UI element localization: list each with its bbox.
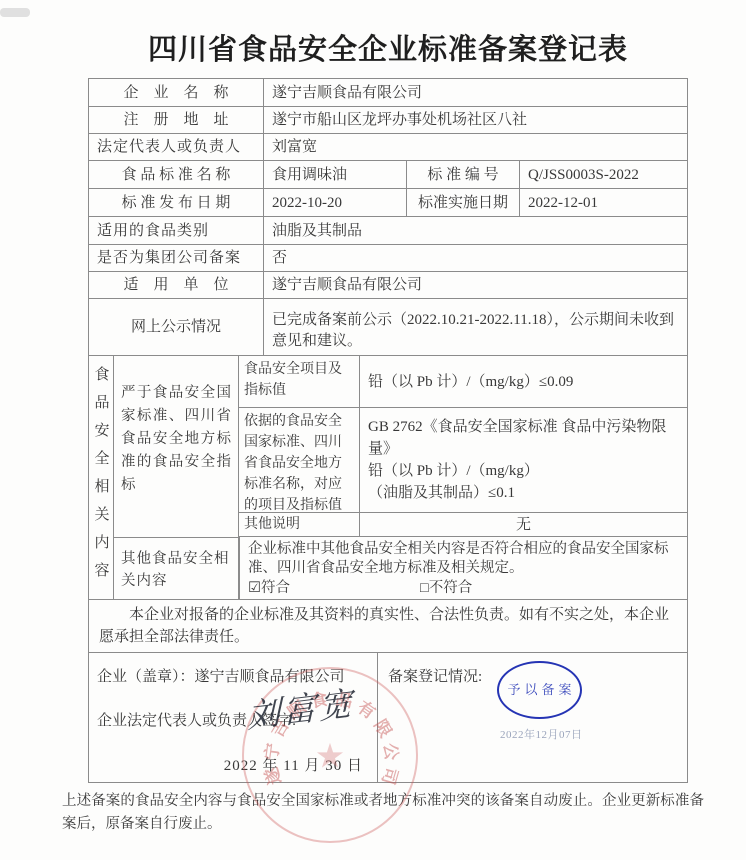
approval-stamp: 予以备案 [497, 661, 582, 719]
basis-value-line3: （油脂及其制品）≤0.1 [368, 482, 679, 504]
basis-standard-label: 依据的食品安全国家标准、四川省食品安全地方标准名称，对应的项目及指标值 [239, 408, 359, 512]
registration-status-cell: 备案登记情况: 予以备案 2022年12月07日 [377, 653, 687, 782]
checkbox-checked-conform: ☑符合 [248, 579, 290, 598]
footer-note: 上述备案的食品安全内容与食品安全国家标准或者地方标准冲突的该备案自动废止。企业更… [62, 790, 704, 836]
table-row-applicable-unit: 适 用 单 位 遂宁吉顺食品有限公司 [89, 271, 687, 298]
legal-representative-value: 刘富宽 [263, 134, 687, 160]
food-safety-section: 食品安全相关内容 严于食品安全国家标准、四川省食品安全地方标准的食品安全指标 其… [89, 355, 687, 599]
standard-name-value: 食用调味油 [263, 161, 406, 188]
basis-standard-value: GB 2762《食品安全国家标准 食品中污染物限量》 铅（以 Pb 计）/（mg… [359, 408, 687, 512]
declaration-row: 本企业对报备的企业标准及其资料的真实性、合法性负责。如有不实之处，本企业愿承担全… [89, 599, 687, 652]
table-row-group-filing: 是否为集团公司备案 否 [89, 244, 687, 271]
legal-representative-label: 法定代表人或负责人 [89, 134, 263, 160]
table-row-public-notice: 网上公示情况 已完成备案前公示（2022.10.21-2022.11.18），公… [89, 298, 687, 355]
standard-name-label: 食 品 标 准 名 称 [89, 161, 263, 188]
standard-number-label: 标 准 编 号 [406, 161, 519, 188]
public-notice-value: 已完成备案前公示（2022.10.21-2022.11.18），公示期间未收到意… [263, 299, 687, 355]
checkbox-unchecked-nonconform: □不符合 [420, 579, 472, 598]
table-row-company-name: 企 业 名 称 遂宁吉顺食品有限公司 [89, 79, 687, 106]
basis-standard-row: 依据的食品安全国家标准、四川省食品安全地方标准名称，对应的项目及指标值 GB 2… [239, 407, 687, 512]
table-row-dates: 标 准 发 布 日 期 2022-10-20 标准实施日期 2022-12-01 [89, 188, 687, 216]
food-category-value: 油脂及其制品 [263, 217, 687, 244]
publish-date-value: 2022-10-20 [263, 189, 406, 216]
item-indicator-value: 铅（以 Pb 计）/（mg/kg）≤0.09 [359, 356, 687, 407]
other-content-text: 企业标准中其他食品安全相关内容是否符合相应的食品安全国家标准、四川省食品安全地方… [248, 541, 669, 576]
standard-number-value: Q/JSS0003S-2022 [519, 161, 687, 188]
item-indicator-row: 食品安全项目及指标值 铅（以 Pb 计）/（mg/kg）≤0.09 [239, 356, 687, 407]
declaration-text: 本企业对报备的企业标准及其资料的真实性、合法性负责。如有不实之处，本企业愿承担全… [89, 600, 687, 652]
food-category-label: 适用的食品类别 [89, 217, 263, 244]
table-row-legal-representative: 法定代表人或负责人 刘富宽 [89, 133, 687, 160]
group-filing-label: 是否为集团公司备案 [89, 245, 263, 271]
scan-artifact [0, 8, 30, 17]
handwritten-signature: 刘富宽 [247, 694, 355, 727]
approval-stamp-text: 予以备案 [503, 680, 575, 700]
registered-address-label: 注 册 地 址 [89, 107, 263, 133]
table-row-standard-name: 食 品 标 准 名 称 食用调味油 标 准 编 号 Q/JSS0003S-202… [89, 160, 687, 188]
registration-table: 企 业 名 称 遂宁吉顺食品有限公司 注 册 地 址 遂宁市船山区龙坪办事处机场… [88, 78, 688, 783]
food-safety-vertical-header: 食品安全相关内容 [89, 356, 113, 599]
applicable-unit-value: 遂宁吉顺食品有限公司 [263, 272, 687, 298]
other-content-row: 企业标准中其他食品安全相关内容是否符合相应的食品安全国家标准、四川省食品安全地方… [239, 536, 687, 599]
approval-stamp-date: 2022年12月07日 [500, 725, 583, 745]
other-note-value: 无 [359, 513, 687, 536]
group-filing-value: 否 [263, 245, 687, 271]
food-safety-subheaders: 严于食品安全国家标准、四川省食品安全地方标准的食品安全指标 其他食品安全相关内容 [113, 356, 238, 599]
stricter-indicators-label: 严于食品安全国家标准、四川省食品安全地方标准的食品安全指标 [114, 356, 238, 537]
registered-address-value: 遂宁市船山区龙坪办事处机场社区八社 [263, 107, 687, 133]
signoff-row: 企业（盖章）：遂宁吉顺食品有限公司 企业法定代表人或负责人签字: 刘富宽 202… [89, 652, 687, 782]
table-row-registered-address: 注 册 地 址 遂宁市船山区龙坪办事处机场社区八社 [89, 106, 687, 133]
company-name-label: 企 业 名 称 [89, 79, 263, 106]
company-signoff-cell: 企业（盖章）：遂宁吉顺食品有限公司 企业法定代表人或负责人签字: 刘富宽 202… [89, 653, 377, 782]
basis-value-line1: GB 2762《食品安全国家标准 食品中污染物限量》 [368, 416, 679, 460]
document-page: 四川省食品安全企业标准备案登记表 企 业 名 称 遂宁吉顺食品有限公司 注 册 … [0, 0, 746, 860]
page-title: 四川省食品安全企业标准备案登记表 [88, 30, 688, 70]
basis-value-line2: 铅（以 Pb 计）/（mg/kg） [368, 460, 679, 482]
company-name-value: 遂宁吉顺食品有限公司 [263, 79, 687, 106]
other-content-value: 企业标准中其他食品安全相关内容是否符合相应的食品安全国家标准、四川省食品安全地方… [239, 537, 687, 599]
other-content-label: 其他食品安全相关内容 [114, 537, 238, 599]
compliance-checkboxes: ☑符合 □不符合 [248, 579, 679, 598]
public-notice-label: 网上公示情况 [89, 299, 263, 355]
company-seal-line: 企业（盖章）：遂宁吉顺食品有限公司 [97, 667, 345, 687]
other-note-label: 其他说明 [239, 513, 359, 536]
publish-date-label: 标 准 发 布 日 期 [89, 189, 263, 216]
item-indicator-label: 食品安全项目及指标值 [239, 356, 359, 407]
public-notice-text: 已完成备案前公示（2022.10.21-2022.11.18），公示期间未收到意… [272, 303, 679, 352]
implement-date-label: 标准实施日期 [406, 189, 519, 216]
applicable-unit-label: 适 用 单 位 [89, 272, 263, 298]
food-safety-vertical-label: 食品安全相关内容 [91, 366, 112, 590]
signature-date: 2022 年 11 月 30 日 [224, 756, 363, 776]
registration-status-label: 备案登记情况: [388, 667, 482, 687]
food-safety-details: 食品安全项目及指标值 铅（以 Pb 计）/（mg/kg）≤0.09 依据的食品安… [238, 356, 687, 599]
implement-date-value: 2022-12-01 [519, 189, 687, 216]
table-row-food-category: 适用的食品类别 油脂及其制品 [89, 216, 687, 244]
other-note-row: 其他说明 无 [239, 512, 687, 536]
